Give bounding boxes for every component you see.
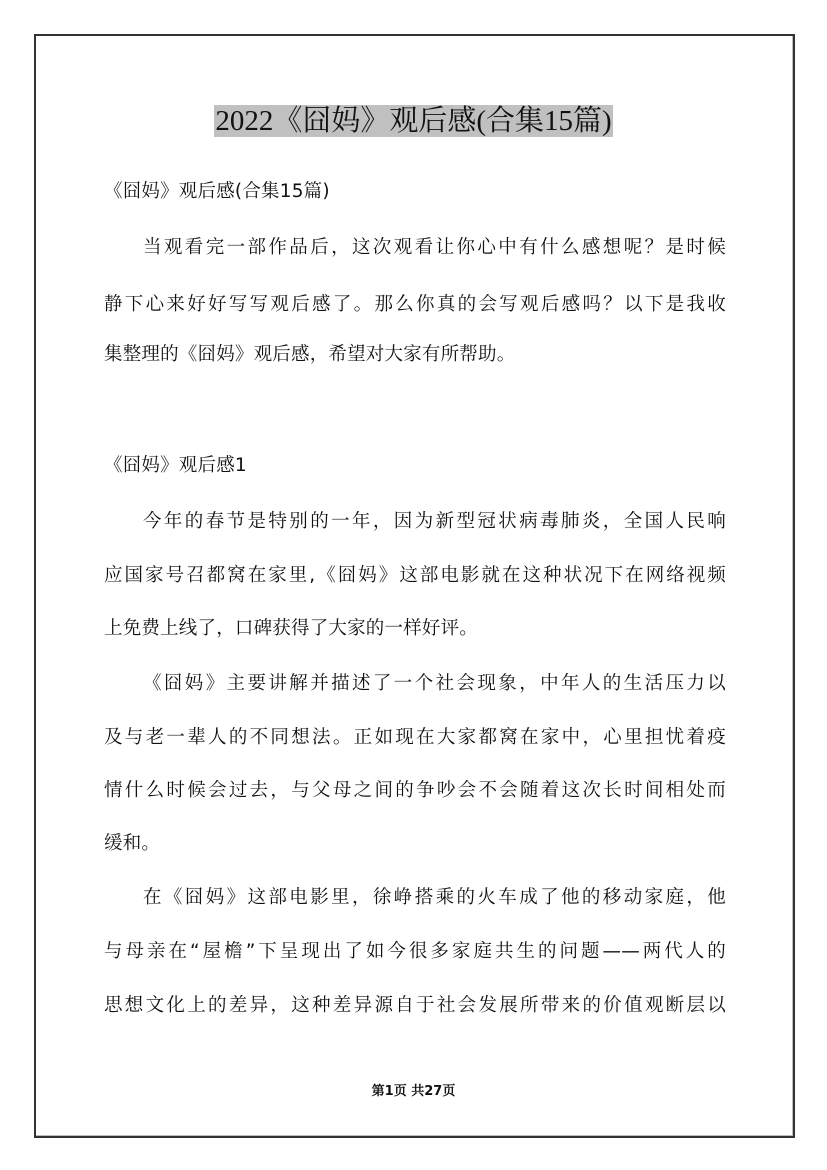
paragraph1-line-3: 上免费上线了，口碑获得了大家的一样好评。 <box>104 617 726 641</box>
intro-line-1: 当观看完一部作品后，这次观看让你心中有什么感想呢？是时候 <box>143 236 726 260</box>
paragraph2-line-1: 《囧妈》主要讲解并描述了一个社会现象，中年人的生活压力以 <box>143 672 726 696</box>
intro-line-2: 静下心来好好写写观后感了。那么你真的会写观后感吗？以下是我收 <box>104 293 726 317</box>
paragraph2-line-4: 缓和。 <box>104 832 726 856</box>
paragraph3-line-2: 与母亲在“屋檐”下呈现出了如今很多家庭共生的问题——两代人的 <box>104 940 726 964</box>
document-subtitle: 《囧妈》观后感(合集15篇) <box>104 180 726 204</box>
paragraph3-line-1: 在《囧妈》这部电影里，徐峥搭乘的火车成了他的移动家庭，他 <box>143 886 726 910</box>
paragraph1-line-1: 今年的春节是特别的一年，因为新型冠状病毒肺炎，全国人民响 <box>143 510 726 534</box>
intro-line-3: 集整理的《囧妈》观后感，希望对大家有所帮助。 <box>104 343 726 367</box>
document-title: 2022《囧妈》观后感(合集15篇) <box>0 102 827 141</box>
document-title-text: 2022《囧妈》观后感(合集15篇) <box>214 105 612 137</box>
paragraph2-line-3: 情什么时候会过去，与父母之间的争吵会不会随着这次长时间相处而 <box>104 779 726 803</box>
page-number-footer: 第1页 共27页 <box>0 1083 827 1101</box>
paragraph1-line-2: 应国家号召都窝在家里,《囧妈》这部电影就在这种状况下在网络视频 <box>104 564 726 588</box>
section-heading: 《囧妈》观后感1 <box>104 454 726 478</box>
paragraph3-line-3: 思想文化上的差异，这种差异源自于社会发展所带来的价值观断层以 <box>104 994 726 1018</box>
paragraph2-line-2: 及与老一辈人的不同想法。正如现在大家都窝在家中，心里担忧着疫 <box>104 726 726 750</box>
